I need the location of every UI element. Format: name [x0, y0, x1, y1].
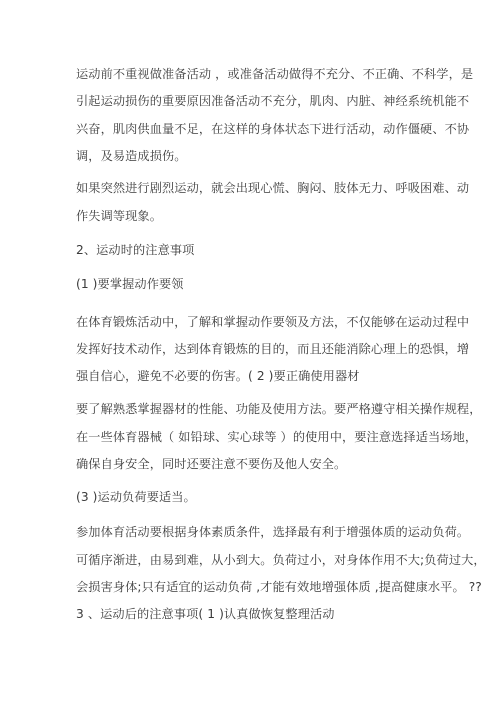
text-line: 可循序渐进，由易到难，从小到大。负荷过小，对身体作用不大;负荷过大，: [76, 552, 486, 568]
text-line: 兴奋，肌肉供血量不足，在这样的身体状态下进行活动，动作僵硬、不协: [76, 121, 469, 137]
text-line: 在体育锻炼活动中，了解和掌握动作要领及方法，不仅能够在运动过程中: [76, 314, 469, 330]
text-line: 要了解熟悉掌握器材的性能、功能及使用方法。要严格遵守相关操作规程，: [76, 401, 482, 417]
text-line: 强自信心，避免不必要的伤害。( 2 )要正确使用器材: [76, 368, 360, 384]
text-line: 运动前不重视做准备活动 ，或准备活动做得不充分、不正确、不科学，是: [76, 66, 473, 82]
text-line: (3 )运动负荷要适当。: [76, 489, 196, 505]
text-line: (1 )要掌握动作要领: [76, 276, 184, 292]
text-line: 引起运动损伤的重要原因准备活动不充分，肌肉、内脏、神经系统机能不: [76, 93, 469, 109]
text-line: 确保自身安全，同时还要注意不要伤及他人安全。: [76, 456, 346, 472]
text-line: 发挥好技术动作，达到体育锻炼的目的，而且还能消除心理上的恐惧，增: [76, 341, 469, 357]
text-line: 如果突然进行剧烈运动，就会出现心慌、胸闷、肢体无力、呼吸困难、动: [76, 180, 469, 196]
text-line: 2、运动时的注意事项: [76, 242, 194, 258]
text-line: 会损害身体;只有适宜的运动负荷 ,才能有效地增强体质 ,提高健康水平。 ??: [76, 579, 482, 595]
text-line: 3 、运动后的注意事项( 1 )认真做恢复整理活动: [76, 606, 335, 622]
text-line: 调，及易造成损伤。: [76, 148, 187, 164]
text-line: 在一些体育器械（ 如铅球、实心球等 ）的使用中，要注意选择适当场地，: [76, 429, 477, 445]
text-line: 作失调等现象。: [76, 208, 162, 224]
text-line: 参加体育活动要根据身体素质条件，选择最有利于增强体质的运动负荷。: [76, 524, 469, 540]
